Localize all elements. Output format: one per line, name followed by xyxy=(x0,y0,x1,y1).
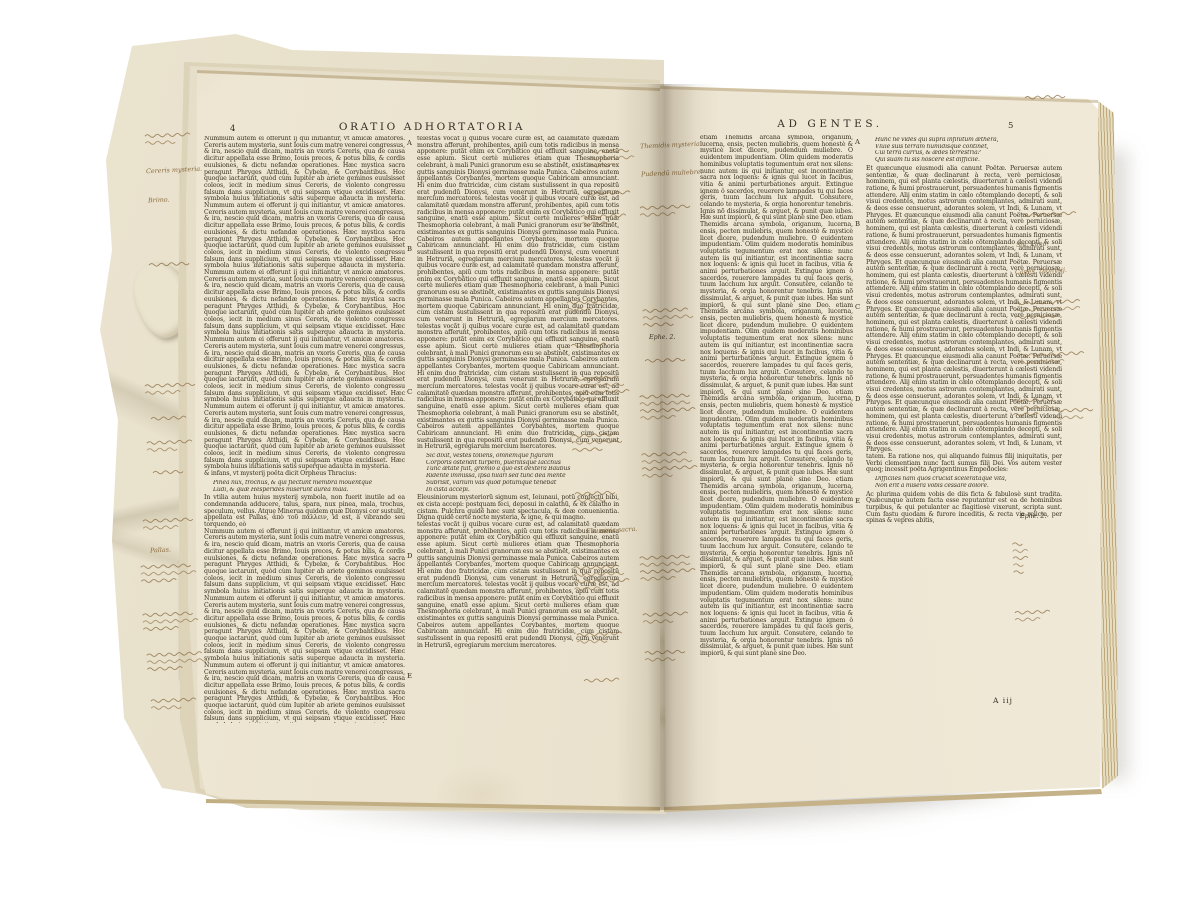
verse-line: Ridente immissa, ipsa hilari sed tunc de… xyxy=(426,473,619,480)
marginal-note-illegible xyxy=(146,437,203,453)
marginal-note-illegible xyxy=(580,211,639,228)
verse-quote: Pinea nux, trochus, & qui flectunt membr… xyxy=(213,480,405,493)
marginal-note-illegible xyxy=(140,561,205,585)
verse-line: Qui suam tu sis noscere est difficile. xyxy=(875,157,1062,164)
marginal-note-illegible xyxy=(572,562,631,593)
printed-margin-reference: Ephe. 2. xyxy=(649,334,675,341)
body-text: Nummum autem ei offerunt ij qui initiant… xyxy=(204,136,405,471)
body-text: Ac plurima quidem vobis de diis ficta & … xyxy=(866,492,1062,526)
section-letter: E xyxy=(855,497,860,505)
marginal-note-illegible xyxy=(576,629,631,645)
marginal-note-illegible xyxy=(1024,92,1072,101)
marginal-note: Themidis mysteria. xyxy=(640,141,702,151)
verse-line: Difficiles nam quos cruciat scelerataque… xyxy=(875,476,1062,483)
signature-mark: A iij xyxy=(993,696,1013,705)
marginal-note-illegible xyxy=(150,695,209,712)
marginal-note-illegible xyxy=(642,305,701,329)
section-letter: D xyxy=(855,395,860,403)
body-text: Nummum autem ei offerunt ij qui initiant… xyxy=(204,529,405,723)
marginal-note-illegible xyxy=(1052,405,1105,421)
marginal-note-illegible xyxy=(588,146,639,169)
marginal-note-illegible xyxy=(644,355,696,364)
section-letter: B xyxy=(407,245,412,253)
marginal-note: Eleusinia sacra. xyxy=(586,526,638,535)
marginal-note-illegible xyxy=(1014,296,1091,320)
marginal-note-illegible xyxy=(640,449,699,480)
marginal-note-illegible xyxy=(583,675,627,684)
marginal-note-illegible xyxy=(584,188,638,197)
running-title-right: AD GENTES. xyxy=(777,118,882,130)
verse-quote: Sic dixit, vestes tollens, omnemque figu… xyxy=(426,453,619,493)
marginal-note: Brimo. xyxy=(148,197,170,205)
section-letter: C xyxy=(407,388,412,396)
marginal-note-illegible xyxy=(642,609,699,625)
marginal-note-illegible xyxy=(572,373,631,404)
marginal-note: Sol. Luna. xyxy=(1016,240,1049,248)
marginal-note-illegible xyxy=(638,552,699,583)
marginal-note-illegible xyxy=(144,380,205,397)
marginal-note: Pallas. xyxy=(150,547,171,555)
printed-text-layer: ORATIO ADHORTATORIA AD GENTES. 4 5 Nummu… xyxy=(0,0,1200,903)
section-letter: A xyxy=(855,138,860,146)
folio-number-right: 5 xyxy=(1008,121,1013,131)
folio-number-left: 4 xyxy=(230,124,235,134)
body-text: In vtilia autem huius mysterij symbola, … xyxy=(204,495,405,529)
marginal-note-illegible xyxy=(148,259,200,268)
section-letter: B xyxy=(855,220,860,228)
section-letter: A xyxy=(407,139,412,147)
verse-line: Cui terra currus, & ædes terrestria? xyxy=(875,150,1062,157)
verse-line: Sic dixit, vestes tollens, omnemque figu… xyxy=(426,453,619,460)
verse-quote: Hunc ne vides qui supra infinitum æthera… xyxy=(875,137,1062,164)
marginal-note-illegible xyxy=(1011,540,1031,576)
marginal-note-illegible xyxy=(1018,348,1097,365)
verse-line: Non erit à misera vobis cessare dolore. xyxy=(875,483,1062,490)
marginal-note-illegible xyxy=(1020,209,1086,219)
marginal-note-illegible xyxy=(644,647,697,663)
verse-line: Corporis ostendit turpem, puerilisque Ia… xyxy=(426,460,619,467)
verse-line: Hunc ne vides qui supra infinitum æthera… xyxy=(875,137,1062,144)
marginal-note: Cereris mysteria. xyxy=(146,166,202,175)
marginal-note-illegible xyxy=(150,413,194,422)
running-title-left: ORATIO ADHORTATORIA xyxy=(339,121,525,133)
marginal-note-illegible xyxy=(574,488,627,504)
section-letter: E xyxy=(407,672,412,680)
body-text: & infans, vt mysterij poëta dicit Orpheu… xyxy=(204,471,405,478)
verse-line: Pinea nux, trochus, & qui flectunt membr… xyxy=(213,480,405,487)
marginal-note-illegible xyxy=(1014,607,1061,623)
marginal-note-illegible xyxy=(639,202,700,219)
marginal-note-illegible xyxy=(142,515,205,532)
verse-line: Tunc ætate fuit, gremio à quo est dexter… xyxy=(426,466,619,473)
section-letter: D xyxy=(407,552,412,560)
marginal-note-illegible xyxy=(152,467,190,476)
marginal-note-illegible xyxy=(566,297,615,313)
section-letter: C xyxy=(855,303,860,311)
text-column: Nummum autem ei offerunt ij qui initiant… xyxy=(204,136,405,723)
printed-margin-reference: Ephe. 2. xyxy=(1020,513,1046,520)
marginal-note-illegible xyxy=(146,649,213,673)
marginal-note-illegible xyxy=(571,430,630,454)
verse-quote: Difficiles nam quos cruciat scelerataque… xyxy=(875,476,1062,489)
body-text: tatem. Ea ratione nos, qui aliquando fui… xyxy=(866,454,1062,474)
marginal-note-illegible xyxy=(142,609,205,633)
body-text: telestas vocãt ij quibus vocare curæ est… xyxy=(417,136,619,451)
antique-book-photo: ORATIO ADHORTATORIA AD GENTES. 4 5 Nummu… xyxy=(0,0,1200,903)
verse-line: Subrisit, varium vas quod potumque teneb… xyxy=(426,480,619,487)
verse-line: Vluie suis terram humidisque continet, xyxy=(875,144,1062,151)
body-text: etiam Themidis arcana symbola, origanum,… xyxy=(700,135,853,658)
marginal-note-illegible xyxy=(638,391,698,422)
marginal-note: Pudendũ muliebre. xyxy=(641,169,703,179)
text-column: etiam Themidis arcana symbola, origanum,… xyxy=(700,135,853,691)
marginal-note-illegible xyxy=(144,130,203,147)
verse-line: Ludi, & quæ Hesperides miserunt aurea ma… xyxy=(213,487,405,494)
